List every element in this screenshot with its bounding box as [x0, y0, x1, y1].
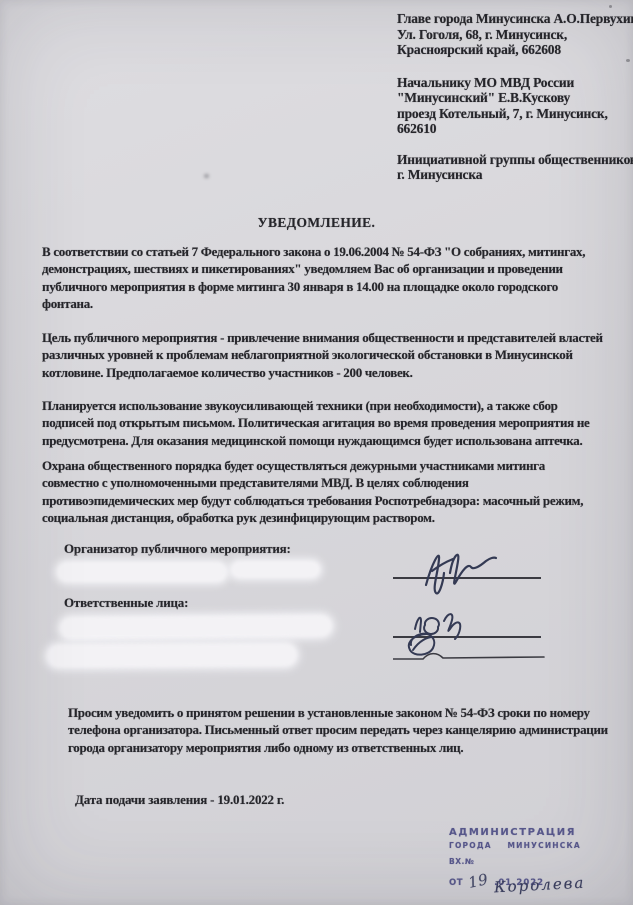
paragraph-line: В соответствии со статьей 7 Федерального… — [42, 243, 585, 260]
stamp-handwritten-day: 19 — [467, 870, 490, 892]
paragraph-logistics: Планируется использование звукоусиливающ… — [42, 397, 590, 449]
paragraph-federal-law: В соответствии со статьей 7 Федерального… — [42, 243, 585, 312]
redaction-blob — [47, 643, 297, 667]
paragraph-line: Охрана общественного порядка будет осуще… — [42, 457, 583, 474]
paragraph-line: Цель публичного мероприятия - привлечени… — [42, 329, 603, 346]
paragraph-line: Просим уведомить о принятом решении в ус… — [68, 704, 608, 721]
paragraph-line: фонтана. — [42, 295, 585, 312]
paragraph-line: котловине. Предполагаемое количество уча… — [42, 364, 603, 381]
responsible-label: Ответственные лица: — [64, 595, 188, 611]
paragraph-line: публичного мероприятия в форме митинга 3… — [42, 278, 585, 295]
stamp-org-line1: АДМИНИСТРАЦИЯ — [449, 827, 581, 838]
recipient-line: Главе города Минусинска А.О.Первухину — [397, 11, 633, 27]
paragraph-line: противоэпидемических мер будут соблюдать… — [42, 492, 583, 509]
recipient-line: Красноярский край, 662608 — [397, 42, 633, 58]
recipient-line: "Минусинский" Е.В.Кускову — [397, 90, 633, 106]
paragraph-line: демонстрациях, шествиях и пикетированиях… — [42, 260, 585, 277]
sender-group: Инициативной группы общественников г. Ми… — [397, 152, 633, 183]
sender-line: г. Минусинска — [397, 167, 633, 183]
recipient-line: проезд Котельный, 7, г. Минусинск, — [397, 106, 633, 122]
submission-date-line: Дата подачи заявления - 19.01.2022 г. — [75, 792, 284, 808]
sender-line: Инициативной группы общественников — [397, 152, 633, 168]
organizer-signature — [410, 539, 550, 601]
paragraph-response-request: Просим уведомить о принятом решении в ус… — [68, 704, 608, 756]
paragraph-line: предусмотрена. Для оказания медицинской … — [42, 432, 590, 449]
paragraph-line: города организатору мероприятия либо одн… — [68, 739, 608, 756]
document-photo: Главе города Минусинска А.О.Первухину Ул… — [0, 0, 633, 905]
stamp-date-prefix: ОТ — [449, 878, 463, 888]
recipient-group-police: Начальнику МО МВД России "Минусинский" Е… — [397, 75, 633, 137]
paper-speck — [204, 174, 209, 178]
redaction-blob — [60, 615, 332, 639]
handwritten-signature-name: Королева — [494, 874, 586, 897]
paper-speck — [626, 59, 630, 62]
paragraph-line: различных уровней к проблемам неблагопри… — [42, 346, 603, 363]
recipient-line: Начальнику МО МВД России — [397, 75, 633, 91]
paragraph-goal: Цель публичного мероприятия - привлечени… — [42, 329, 603, 381]
redaction-blob — [57, 562, 227, 582]
stamp-incoming-number-label: ВХ.№ — [449, 857, 581, 866]
redaction-blob — [231, 561, 320, 578]
paragraph-line: подписей под открытым письмом. Политичес… — [42, 414, 590, 431]
paragraph-line: Планируется использование звукоусиливающ… — [42, 397, 590, 414]
document-title: УВЕДОМЛЕНИЕ. — [0, 215, 633, 231]
recipient-block: Главе города Минусинска А.О.Первухину Ул… — [397, 11, 633, 200]
organizer-label: Организатор публичного мероприятия: — [64, 541, 291, 557]
paper-speck — [609, 5, 612, 8]
recipient-line: 662610 — [397, 121, 633, 137]
stamp-org-line2: ГОРОДА МИНУСИНСКА — [449, 841, 581, 850]
responsible-signature-2 — [393, 630, 545, 666]
paragraph-line: телефона организатора. Письменный ответ … — [68, 721, 608, 738]
recipient-group-mayor: Главе города Минусинска А.О.Первухину Ул… — [397, 11, 633, 58]
paragraph-security: Охрана общественного порядка будет осуще… — [42, 457, 583, 526]
paragraph-line: совместно с уполномоченными представител… — [42, 474, 583, 491]
paragraph-line: социальная дистанция, обработка рук дези… — [42, 509, 583, 526]
recipient-line: Ул. Гоголя, 68, г. Минусинск, — [397, 27, 633, 43]
